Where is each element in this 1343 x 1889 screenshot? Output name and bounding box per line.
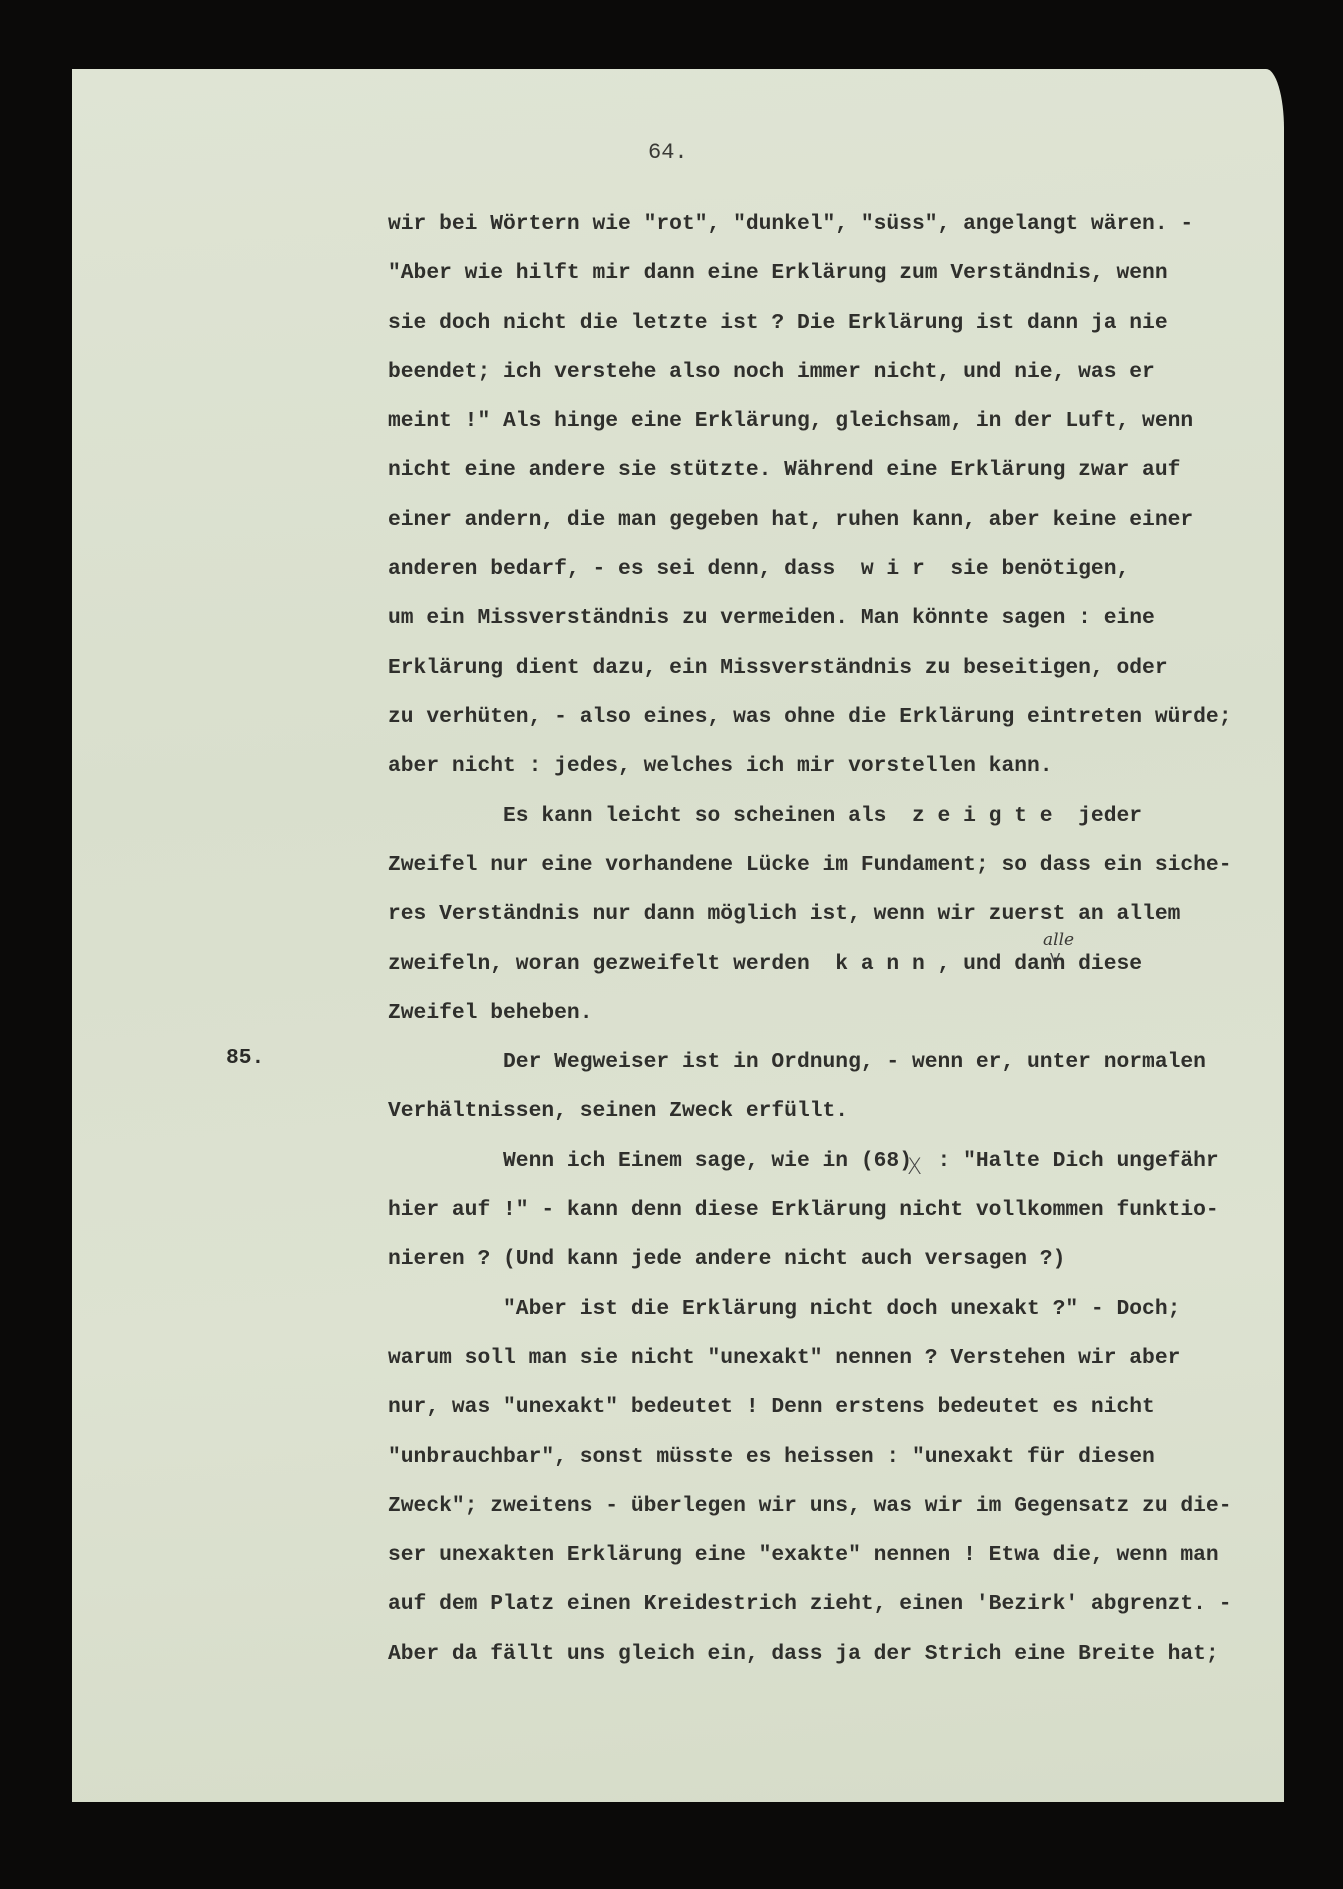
text-line: wir bei Wörtern wie "rot", "dunkel", "sü… xyxy=(388,210,1193,238)
text-line: Erklärung dient dazu, ein Missverständni… xyxy=(388,654,1168,682)
text-line: um ein Missverständnis zu vermeiden. Man… xyxy=(388,604,1155,632)
insertion-caret-mark: V xyxy=(1050,950,1060,968)
text-line: Es kann leicht so scheinen als z e i g t… xyxy=(388,802,1142,830)
text-line: Verhältnissen, seinen Zweck erfüllt. xyxy=(388,1097,848,1125)
section-number: 85. xyxy=(226,1046,264,1070)
text-line: auf dem Platz einen Kreidestrich zieht, … xyxy=(388,1590,1232,1618)
text-line: Zweck"; zweitens - überlegen wir uns, wa… xyxy=(388,1492,1232,1520)
text-line: zweifeln, woran gezweifelt werden k a n … xyxy=(388,950,1142,978)
handwritten-cross-mark: X xyxy=(907,1155,922,1180)
text-line: hier auf !" - kann denn diese Erklärung … xyxy=(388,1196,1219,1224)
text-line: zu verhüten, - also eines, was ohne die … xyxy=(388,703,1232,731)
text-line: meint !" Als hinge eine Erklärung, gleic… xyxy=(388,407,1193,435)
text-line: ser unexakten Erklärung eine "exakte" ne… xyxy=(388,1541,1219,1569)
text-line: nieren ? (Und kann jede andere nicht auc… xyxy=(388,1245,1065,1273)
text-line: Der Wegweiser ist in Ordnung, - wenn er,… xyxy=(388,1048,1206,1076)
handwritten-insert-alle: alle xyxy=(1043,930,1074,950)
text-line: Zweifel beheben. xyxy=(388,999,592,1027)
text-line: beendet; ich verstehe also noch immer ni… xyxy=(388,358,1155,386)
text-line: "Aber ist die Erklärung nicht doch unexa… xyxy=(388,1295,1180,1323)
text-line: einer andern, die man gegeben hat, ruhen… xyxy=(388,506,1193,534)
text-line: res Verständnis nur dann möglich ist, we… xyxy=(388,900,1180,928)
text-line: "unbrauchbar", sonst müsste es heissen :… xyxy=(388,1443,1155,1471)
text-line: Wenn ich Einem sage, wie in (68) : "Halt… xyxy=(388,1147,1219,1175)
text-line: Aber da fällt uns gleich ein, dass ja de… xyxy=(388,1640,1219,1668)
text-line: "Aber wie hilft mir dann eine Erklärung … xyxy=(388,259,1168,287)
text-line: nicht eine andere sie stützte. Während e… xyxy=(388,456,1180,484)
text-line: sie doch nicht die letzte ist ? Die Erkl… xyxy=(388,309,1168,337)
text-line: anderen bedarf, - es sei denn, dass w i … xyxy=(388,555,1129,583)
text-line: nur, was "unexakt" bedeutet ! Denn erste… xyxy=(388,1393,1155,1421)
text-line: aber nicht : jedes, welches ich mir vors… xyxy=(388,752,1053,780)
text-line: Zweifel nur eine vorhandene Lücke im Fun… xyxy=(388,851,1232,879)
page-number: 64. xyxy=(648,140,688,165)
text-line: warum soll man sie nicht "unexakt" nenne… xyxy=(388,1344,1180,1372)
